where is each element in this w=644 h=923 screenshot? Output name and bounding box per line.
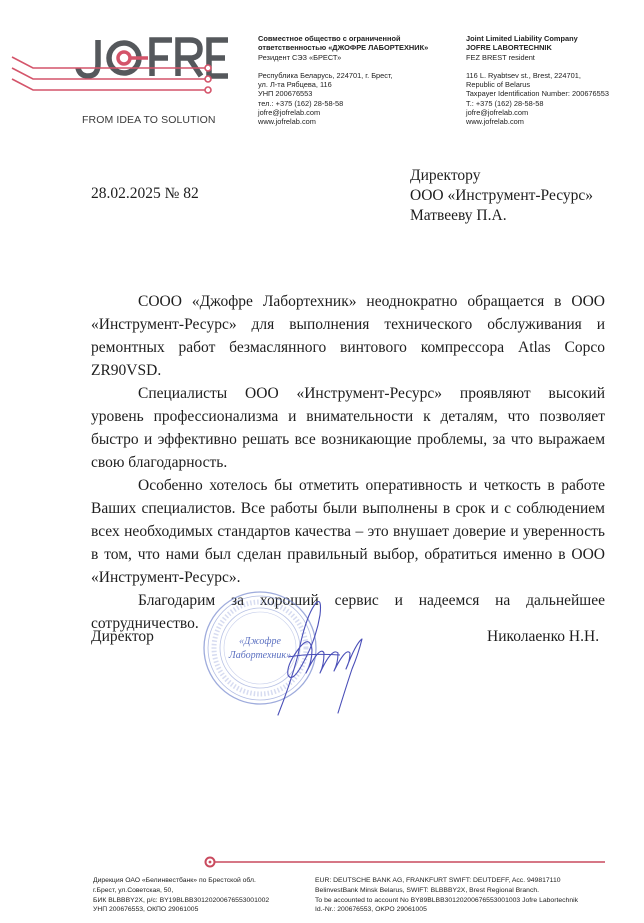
company-logo: FROM IDEA TO SOLUTION [0,30,240,130]
resident-en: FEZ BREST resident [466,53,609,62]
letterhead-en: Joint Limited Liability Company JOFRE LA… [466,34,609,127]
signatory-title: Директор [91,628,154,646]
footer-ru-line4: УНП 200676553, ОКПО 29061005 [93,905,269,915]
footer-ru-line3: БИК BLBBBY2X, р/с: BY19BLBB3012020067655… [93,896,269,906]
footer-bank-ru: Дирекция ОАО «Белинвестбанк» по Брестско… [93,876,269,915]
letter-body: СООО «Джофре Лабортехник» неоднократно о… [91,290,605,635]
footer-ru-line1: Дирекция ОАО «Белинвестбанк» по Брестско… [93,876,269,886]
email-en: jofre@jofrelab.com [466,108,609,117]
paragraph-3: Особенно хотелось бы отметить оперативно… [91,474,605,589]
logo-tagline: FROM IDEA TO SOLUTION [82,114,216,126]
footer-en-line4: Id.-Nr.: 200676553, OKPO 29061005 [315,905,578,915]
phone-en: T.: +375 (162) 28-58-58 [466,99,609,108]
unp-ru: УНП 200676553 [258,89,428,98]
signature-icon [250,595,380,725]
address-en-line1: 116 L. Ryabtsev st., Brest, 224701, [466,71,609,80]
footer-en-line3: To be accounted to account No BY89BLBB30… [315,896,578,906]
signatory-name: Николаенко Н.Н. [487,628,599,646]
address-ru-line1: Республика Беларусь, 224701, г. Брест, [258,71,428,80]
addressee-title: Директору [410,166,593,186]
company-name-en-line1: Joint Limited Liability Company [466,34,609,43]
footer-bank-en: EUR: DEUTSCHE BANK AG, FRANKFURT SWIFT: … [315,876,578,915]
company-name-ru-line1: Совместное общество с ограниченной [258,34,428,43]
footer-divider-icon [200,855,610,869]
email-ru: jofre@jofrelab.com [258,108,428,117]
phone-ru: тел.: +375 (162) 28-58-58 [258,99,428,108]
footer-ru-line2: г.Брест, ул.Советская, 50, [93,886,269,896]
company-name-en-line2: JOFRE LABORTECHNIK [466,43,609,52]
paragraph-1: СООО «Джофре Лабортехник» неоднократно о… [91,290,605,382]
company-name-ru-line2: ответственностью «ДЖОФРЕ ЛАБОРТЕХНИК» [258,43,428,52]
footer-en-line1: EUR: DEUTSCHE BANK AG, FRANKFURT SWIFT: … [315,876,578,886]
website-en: www.jofrelab.com [466,117,609,126]
paragraph-2: Специалисты ООО «Инструмент-Ресурс» проя… [91,382,605,474]
addressee-company: ООО «Инструмент-Ресурс» [410,186,593,206]
tin-en: Taxpayer Identification Number: 20067655… [466,89,609,98]
footer-en-line2: BelinvestBank Minsk Belarus, SWIFT: BLBB… [315,886,578,896]
address-en-line2: Republic of Belarus [466,80,609,89]
letterhead-ru: Совместное общество с ограниченной ответ… [258,34,428,127]
website-ru: www.jofrelab.com [258,117,428,126]
addressee-block: Директору ООО «Инструмент-Ресурс» Матвее… [410,166,593,226]
address-ru-line2: ул. Л-та Рябцева, 116 [258,80,428,89]
resident-ru: Резидент СЭЗ «БРЕСТ» [258,53,428,62]
addressee-name: Матвееву П.А. [410,206,593,226]
letter-date-number: 28.02.2025 № 82 [91,185,199,203]
